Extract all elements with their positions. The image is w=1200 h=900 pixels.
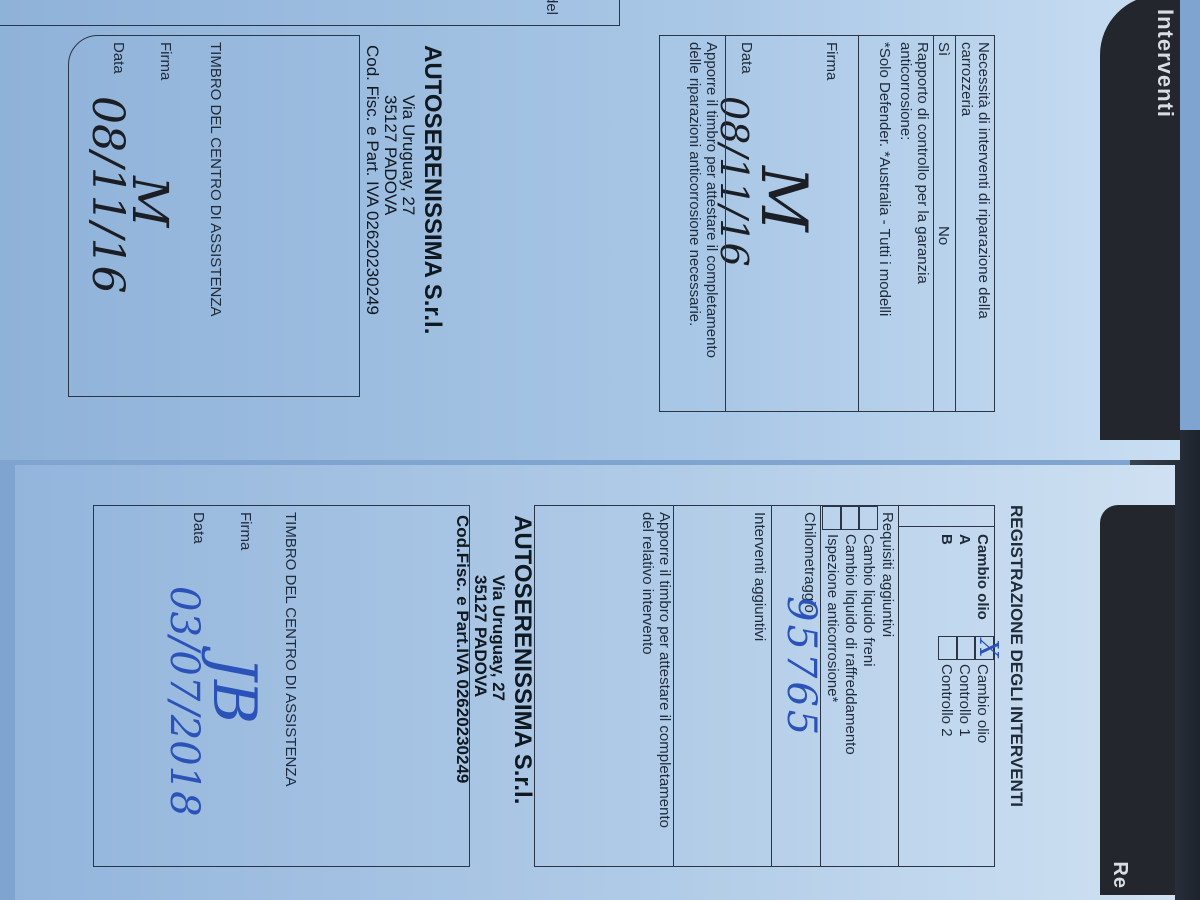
page-header-tab: Interventi — [1100, 0, 1180, 440]
page-title: REGISTRAZIONE DEGLI INTERVENTI — [1008, 505, 1025, 807]
req-brake-fluid: Cambio liquido freni — [860, 534, 877, 667]
stamp-address: Via Uruguay, 27 — [400, 95, 417, 215]
checkbox-coolant[interactable] — [840, 506, 860, 530]
previous-table-fragment — [0, 0, 620, 26]
row-code-a: A — [956, 534, 973, 545]
booklet-page-left: Interventi del Necessità di interventi d… — [0, 0, 1180, 460]
service-center-firma-label: Firma — [157, 42, 174, 80]
service-table-header: Cambio olio — [974, 534, 991, 620]
stamp-instruction: Apporre il timbro per attestare il compl… — [639, 512, 673, 852]
page-header-tab: Re — [1100, 505, 1175, 895]
stamp-instruction-box: Apporre il timbro per attestare il compl… — [534, 505, 675, 867]
checkbox-controllo-2[interactable] — [938, 636, 958, 660]
service-center-title: TIMBRO DEL CENTRO DI ASSISTENZA — [282, 512, 299, 786]
checkbox-anticorrosion[interactable] — [822, 506, 842, 530]
service-center-firma-label: Firma — [237, 512, 254, 550]
service-center-data-label: Data — [190, 512, 207, 544]
stamp-company: AUTOSERENISSIMA S.r.l. — [509, 515, 535, 804]
stamp-city: 35127 PADOVA — [382, 95, 399, 215]
stamp-company: AUTOSERENISSIMA S.r.l. — [419, 45, 445, 334]
additional-requirements-title: Requisiti aggiuntivi — [879, 512, 896, 637]
stamp-tax-id: Cod. Fisc. e Part. IVA 02620230249 — [364, 45, 381, 315]
service-center-box: TIMBRO DEL CENTRO DI ASSISTENZA Firma JB… — [93, 505, 470, 867]
service-center-data-label: Data — [110, 42, 127, 74]
service-table: Cambio olio A B X Cambio olio Controllo … — [673, 505, 995, 867]
option-yes[interactable]: Sì — [935, 42, 952, 56]
stamp-address: Via Uruguay, 27 — [490, 575, 507, 701]
service-center-title: TIMBRO DEL CENTRO DI ASSISTENZA — [207, 42, 224, 316]
stamp-instruction: Apporre il timbro per attestare il compl… — [686, 42, 720, 382]
row-code-b: B — [938, 534, 955, 545]
warranty-report-label: Rapporto di controllo per la garanzia an… — [897, 42, 931, 372]
data-label: Data — [738, 42, 755, 74]
corrosion-signature-box: Firma M Data 08/11/16 Apporre il timbro … — [659, 35, 860, 412]
service-center-date: 03/07/2018 — [161, 586, 207, 817]
body-repair-box: Necessità di interventi di riparazione d… — [858, 35, 995, 412]
footnote: *Solo Defender. *Australia - Tutti i mod… — [876, 42, 893, 316]
firma-label: Firma — [823, 42, 840, 80]
stamp-city: 35127 PADOVA — [472, 575, 489, 697]
row-label-cambio-olio: Cambio olio — [974, 664, 991, 743]
repair-question: Necessità di interventi di riparazione d… — [958, 42, 992, 372]
row-label-controllo-2: Controllo 2 — [938, 664, 955, 737]
service-center-box: TIMBRO DEL CENTRO DI ASSISTENZA Firma M … — [68, 35, 360, 397]
booklet-page-right: Re REGISTRAZIONE DEGLI INTERVENTI Cambio… — [15, 465, 1175, 900]
req-coolant: Cambio liquido di raffreddamento — [842, 534, 859, 755]
option-no[interactable]: No — [935, 226, 952, 245]
checkbox-brake-fluid[interactable] — [858, 506, 878, 530]
signature-handwritten: M — [746, 166, 820, 232]
service-center-date: 08/11/16 — [82, 96, 133, 294]
checkbox-controllo-1[interactable] — [956, 636, 976, 660]
additional-interventions-label: Interventi aggiuntivi — [751, 512, 768, 641]
mileage-value: 95765 — [778, 596, 824, 738]
row-label-controllo-1: Controllo 1 — [956, 664, 973, 737]
req-anticorrosion: Ispezione anticorrosione* — [824, 534, 841, 702]
checkbox-cambio-olio[interactable]: X — [974, 636, 994, 660]
service-center-signature: JB — [199, 656, 269, 724]
